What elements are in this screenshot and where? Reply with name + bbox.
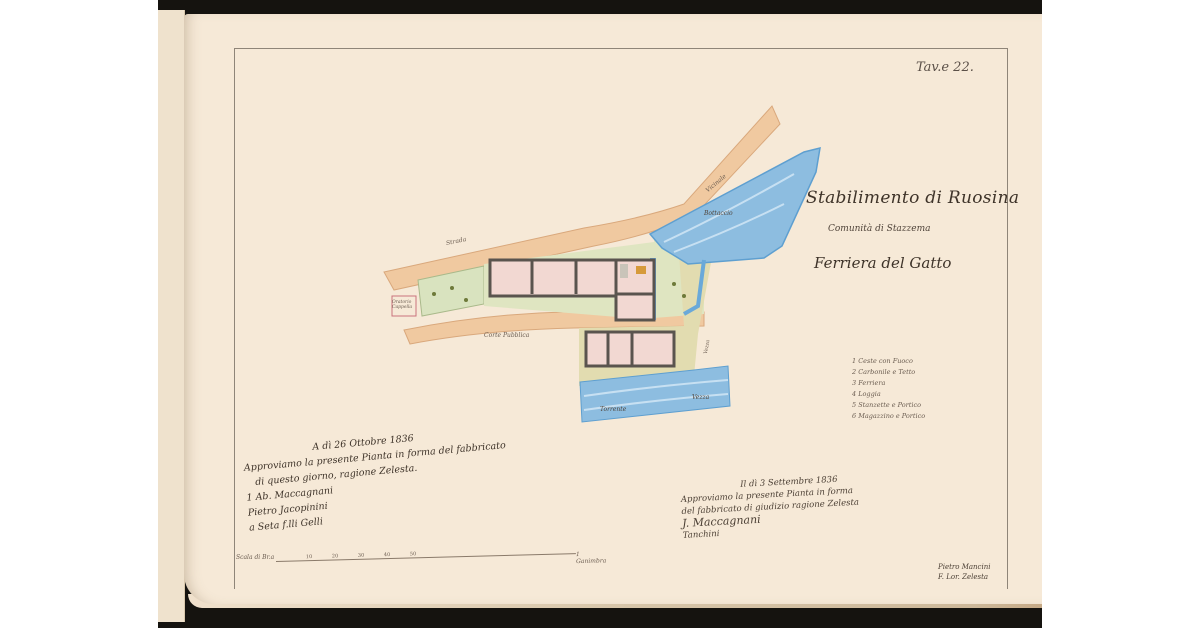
buildings-lower — [586, 332, 674, 366]
label-oratory: Oratorio Cappella — [392, 300, 416, 310]
legend-item: 4 Loggia — [852, 389, 925, 400]
left-page-edge — [158, 10, 185, 622]
label-river-left: Torrente — [600, 406, 626, 413]
scale-tick: 40 — [384, 552, 391, 558]
scale-line: 10 20 30 40 50 1 Ganimbra — [276, 553, 576, 562]
scale-tick: 50 — [410, 551, 417, 557]
signature-line: F. Lor. Zelesta — [938, 572, 990, 582]
scale-tick: 20 — [332, 553, 339, 559]
scale-end-label: 1 Ganimbra — [576, 550, 606, 565]
legend-item: 1 Ceste con Fuoco — [852, 356, 925, 367]
label-pond: Bottaccio — [704, 210, 733, 217]
scale-tick: 10 — [306, 554, 313, 560]
legend-item: 6 Magazzino e Portico — [852, 411, 925, 422]
map-legend: 1 Ceste con Fuoco 2 Carbonile e Tetto 3 … — [852, 356, 925, 422]
scanned-album: Tav.e 22. Stabilimento di Ruosina Comuni… — [158, 0, 1042, 628]
signature-bottom-right: Pietro Mancini F. Lor. Zelesta — [938, 562, 990, 582]
legend-item: 5 Stanzette e Portico — [852, 400, 925, 411]
map-page: Tav.e 22. Stabilimento di Ruosina Comuni… — [184, 14, 1042, 604]
label-lower-road: Corte Pubblica — [484, 332, 529, 339]
signature-line: Pietro Mancini — [938, 562, 990, 572]
legend-item: 2 Carbonile e Tetto — [852, 367, 925, 378]
approval-note-right: Il dì 3 Settembre 1836 Approviamo la pre… — [680, 473, 861, 542]
scale-bar: Scala di Br.a 10 20 30 40 50 1 Ganimbra — [236, 552, 576, 566]
scale-label: Scala di Br.a — [236, 554, 274, 561]
image-viewer: Tav.e 22. Stabilimento di Ruosina Comuni… — [0, 0, 1200, 628]
legend-item: 3 Ferriera — [852, 378, 925, 389]
scale-tick: 30 — [358, 553, 365, 559]
label-river-right: Vezza — [692, 394, 709, 401]
